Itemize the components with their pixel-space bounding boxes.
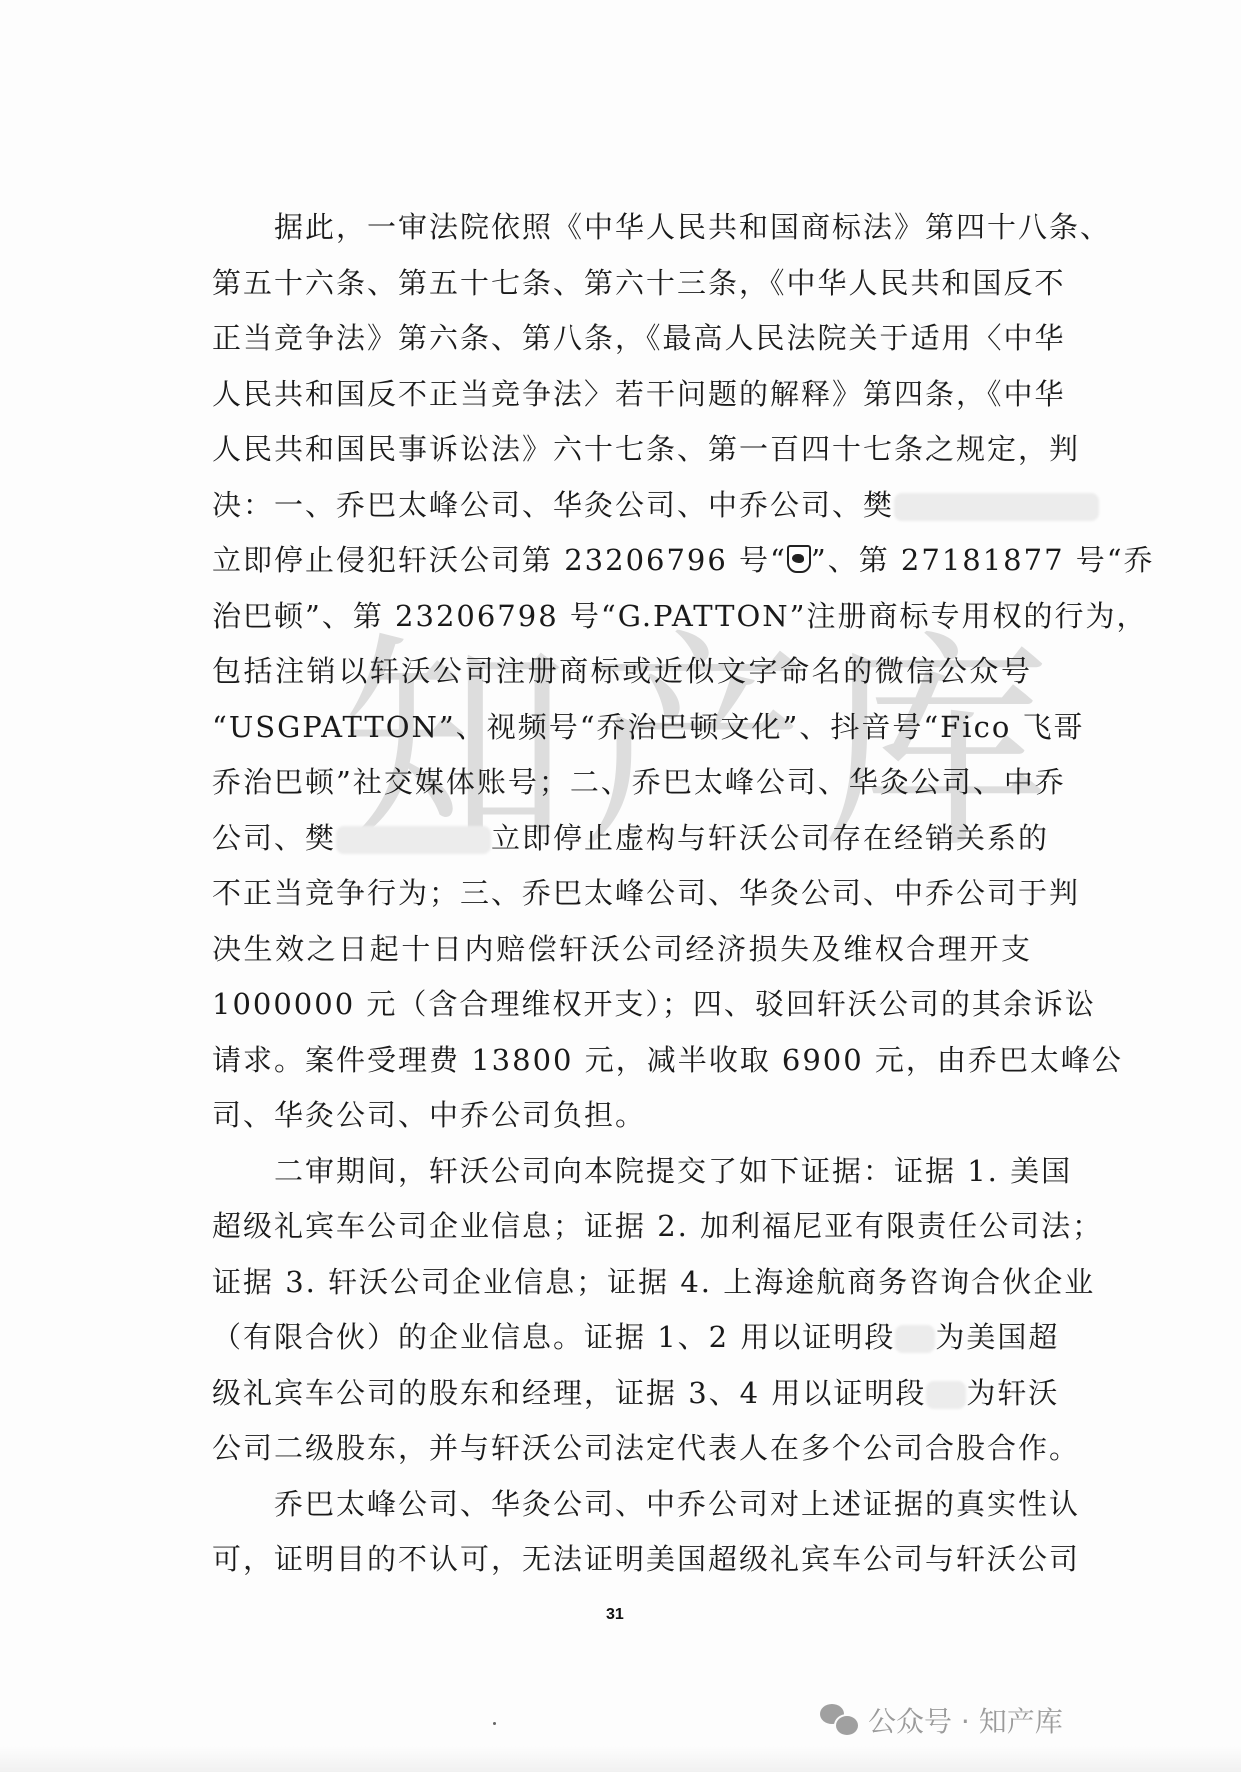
text-line: 司、华灸公司、中乔公司负担。 xyxy=(212,1088,1032,1144)
text-line: 请求。案件受理费 13800 元，减半收取 6900 元，由乔巴太峰公 xyxy=(212,1033,1032,1089)
text-line: 公司二级股东，并与轩沃公司法定代表人在多个公司合股合作。 xyxy=(212,1421,1032,1477)
text-line: 1000000 元（含合理维权开支）；四、驳回轩沃公司的其余诉讼 xyxy=(212,977,1032,1033)
redacted-name xyxy=(894,493,1099,521)
wechat-icon xyxy=(820,1702,858,1738)
text-line: 乔治巴顿”社交媒体账号；二、乔巴太峰公司、华灸公司、中乔 xyxy=(212,755,1032,811)
text-segment: 立即停止侵犯轩沃公司第 23206796 号“ xyxy=(212,543,787,577)
text-line: 公司、樊立即停止虚构与轩沃公司存在经销关系的 xyxy=(212,811,1032,867)
redacted-name xyxy=(926,1381,966,1409)
document-page: 知产库 据此，一审法院依照《中华人民共和国商标法》第四十八条、 第五十六条、第五… xyxy=(0,0,1241,1772)
text-line: 决：一、乔巴太峰公司、华灸公司、中乔公司、樊 xyxy=(212,478,1032,534)
text-line: 人民共和国反不正当竞争法〉若干问题的解释》第四条，《中华 xyxy=(212,367,1032,423)
redacted-name xyxy=(336,826,491,854)
text-line: 立即停止侵犯轩沃公司第 23206796 号“”、第 27181877 号“乔 xyxy=(212,533,1032,589)
text-segment: 决：一、乔巴太峰公司、华灸公司、中乔公司、樊 xyxy=(212,488,894,522)
scan-dot xyxy=(493,1722,496,1725)
redacted-name xyxy=(895,1325,935,1353)
text-segment: 立即停止虚构与轩沃公司存在经销关系的 xyxy=(491,821,1049,855)
text-line: 决生效之日起十日内赔偿轩沃公司经济损失及维权合理开支 xyxy=(212,922,1032,978)
text-segment: ”、第 27181877 号“乔 xyxy=(811,543,1155,577)
text-line: 正当竞争法》第六条、第八条，《最高人民法院关于适用〈中华 xyxy=(212,311,1032,367)
scan-edge-shadow xyxy=(0,1746,1241,1772)
text-line: “USGPATTON”、视频号“乔治巴顿文化”、抖音号“Fico 飞哥 xyxy=(212,700,1032,756)
text-line: 二审期间，轩沃公司向本院提交了如下证据：证据 1. 美国 xyxy=(212,1144,1032,1200)
document-body: 据此，一审法院依照《中华人民共和国商标法》第四十八条、 第五十六条、第五十七条、… xyxy=(212,200,1032,1588)
text-segment: （有限合伙）的企业信息。证据 1、2 用以证明段 xyxy=(212,1320,895,1354)
text-line: （有限合伙）的企业信息。证据 1、2 用以证明段为美国超 xyxy=(212,1310,1032,1366)
text-line: 第五十六条、第五十七条、第六十三条，《中华人民共和国反不 xyxy=(212,256,1032,312)
text-line: 可，证明目的不认可，无法证明美国超级礼宾车公司与轩沃公司 xyxy=(212,1532,1032,1588)
text-line: 人民共和国民事诉讼法》六十七条、第一百四十七条之规定，判 xyxy=(212,422,1032,478)
text-line: 证据 3. 轩沃公司企业信息；证据 4. 上海途航商务咨询合伙企业 xyxy=(212,1255,1032,1311)
text-line: 包括注销以轩沃公司注册商标或近似文字命名的微信公众号 xyxy=(212,644,1032,700)
page-number: 31 xyxy=(606,1606,624,1624)
text-segment: 为美国超 xyxy=(935,1320,1059,1354)
footer-brand: 公众号 · 知产库 xyxy=(820,1700,1063,1740)
text-line: 乔巴太峰公司、华灸公司、中乔公司对上述证据的真实性认 xyxy=(212,1477,1032,1533)
text-line: 级礼宾车公司的股东和经理，证据 3、4 用以证明段为轩沃 xyxy=(212,1366,1032,1422)
text-line: 据此，一审法院依照《中华人民共和国商标法》第四十八条、 xyxy=(212,200,1032,256)
text-line: 超级礼宾车公司企业信息；证据 2. 加利福尼亚有限责任公司法； xyxy=(212,1199,1032,1255)
text-segment: 级礼宾车公司的股东和经理，证据 3、4 用以证明段 xyxy=(212,1376,926,1410)
trademark-logo-icon xyxy=(787,545,811,573)
text-line: 治巴顿”、第 23206798 号“G.PATTON”注册商标专用权的行为， xyxy=(212,589,1032,645)
text-segment: 公司、樊 xyxy=(212,821,336,855)
text-line: 不正当竞争行为；三、乔巴太峰公司、华灸公司、中乔公司于判 xyxy=(212,866,1032,922)
footer-label: 公众号 · 知产库 xyxy=(868,1700,1063,1740)
text-segment: 为轩沃 xyxy=(966,1376,1059,1410)
